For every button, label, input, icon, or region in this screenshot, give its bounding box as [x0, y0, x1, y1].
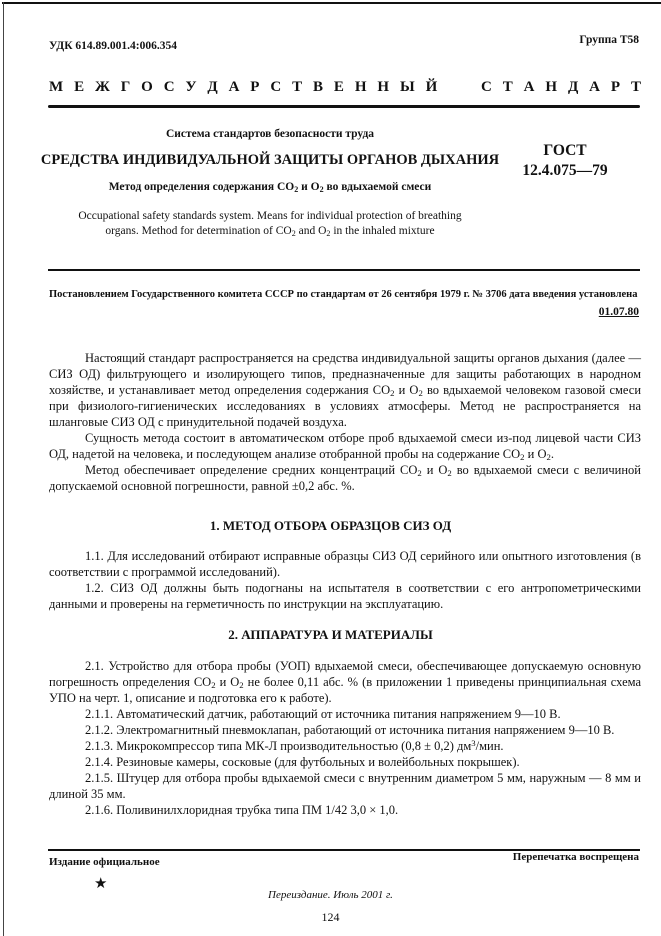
title-rule: [48, 269, 640, 271]
interstate-standard-banner: МЕЖГОСУДАРСТВЕННЫЙСТАНДАРТ: [49, 79, 641, 96]
gost-number: 12.4.075—79: [510, 161, 620, 181]
clause-2-1-1: 2.1.1. Автоматический датчик, работающий…: [49, 706, 641, 722]
group-code: Группа Т58: [579, 34, 639, 46]
intro-section: Настоящий стандарт распространяется на с…: [49, 350, 641, 494]
clause-2-1-2: 2.1.2. Электромагнитный пневмоклапан, ра…: [49, 722, 641, 738]
system-title: Система стандартов безопасности труда: [0, 128, 540, 140]
section-2-body: 2.1. Устройство для отбора пробы (УОП) в…: [49, 658, 641, 818]
introduction-date: 01.07.80: [599, 306, 639, 318]
section-1-body: 1.1. Для исследований отбирают исправные…: [49, 548, 641, 612]
clause-2-1: 2.1. Устройство для отбора пробы (УОП) в…: [49, 658, 641, 706]
english-title: Occupational safety standards system. Me…: [0, 209, 540, 239]
intro-paragraph-3: Метод обеспечивает определение средних к…: [49, 462, 641, 494]
clause-1-2: 1.2. СИЗ ОД должны быть подогнаны на исп…: [49, 580, 641, 612]
clause-2-1-4: 2.1.4. Резиновые камеры, сосковые (для ф…: [49, 754, 641, 770]
clause-2-1-6: 2.1.6. Поливинилхлоридная трубка типа ПМ…: [49, 802, 641, 818]
method-subtitle: Метод определения содержания CO2 и O2 во…: [0, 181, 540, 193]
clause-2-1-5: 2.1.5. Штуцер для отбора пробы вдыхаемой…: [49, 770, 641, 802]
document-title: СРЕДСТВА ИНДИВИДУАЛЬНОЙ ЗАЩИТЫ ОРГАНОВ Д…: [0, 152, 540, 169]
clause-2-1-3: 2.1.3. Микрокомпрессор типа МК-Л произво…: [49, 738, 641, 754]
page-border-top: [2, 2, 661, 4]
gost-label: ГОСТ: [510, 141, 620, 161]
page-number: 124: [0, 910, 661, 925]
official-edition-label: Издание официальное: [49, 856, 160, 868]
section-2-heading: 2. АППАРАТУРА И МАТЕРИАЛЫ: [0, 627, 661, 643]
reissue-note: Переиздание. Июль 2001 г.: [0, 889, 661, 901]
section-1-heading: 1. МЕТОД ОТБОРА ОБРАЗЦОВ СИЗ ОД: [0, 518, 661, 534]
gost-designation: ГОСТ 12.4.075—79: [510, 141, 620, 181]
header-rule: [48, 105, 640, 108]
clause-1-1: 1.1. Для исследований отбирают исправные…: [49, 548, 641, 580]
decree-text: Постановлением Государственного комитета…: [49, 286, 641, 303]
page-border-left: [3, 2, 4, 936]
reprint-prohibited-label: Перепечатка воспрещена: [513, 851, 639, 863]
intro-paragraph-1: Настоящий стандарт распространяется на с…: [49, 350, 641, 430]
udk-code: УДК 614.89.001.4:006.354: [49, 40, 177, 52]
intro-paragraph-2: Сущность метода состоит в автоматическом…: [49, 430, 641, 462]
